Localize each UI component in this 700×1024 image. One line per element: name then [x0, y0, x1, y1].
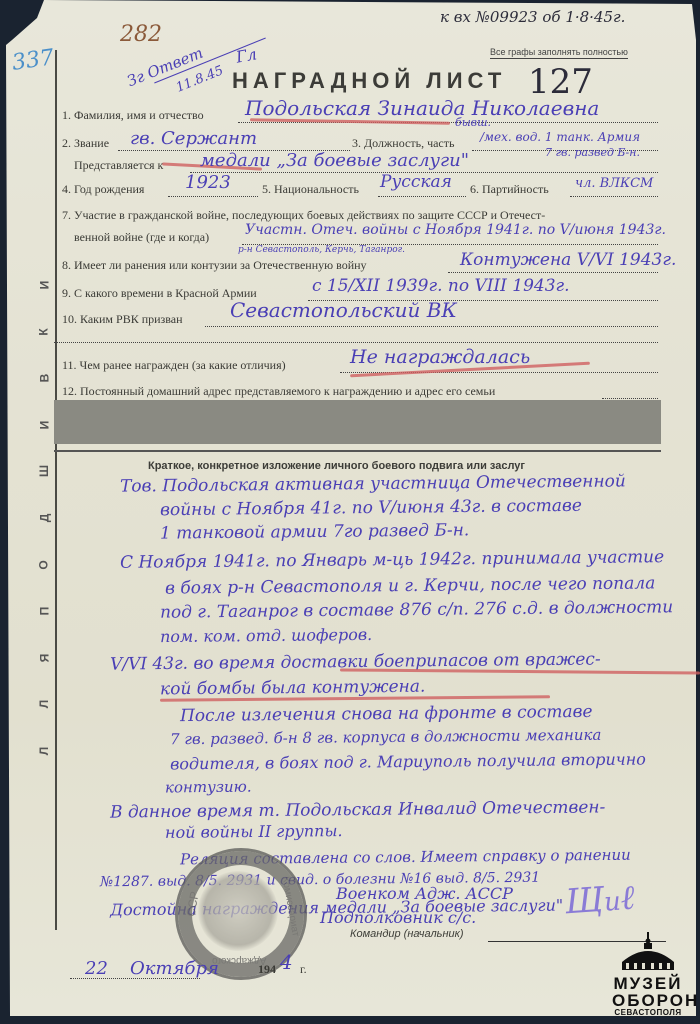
- margin-letter: Л: [37, 747, 51, 755]
- field-label-participation: 7. Участие в гражданской войне, последую…: [62, 208, 545, 223]
- field-value-participation-places: р-н Севастополь, Керчь, Таганрог.: [238, 245, 405, 255]
- field-value-birth-year: 1923: [185, 172, 231, 193]
- section-divider: [54, 450, 661, 452]
- margin-line: [55, 50, 57, 930]
- field-label-address: 12. Постоянный домашний адрес представля…: [62, 384, 495, 399]
- margin-letter: И: [37, 281, 51, 290]
- stamp-text-right: Комиссариат: [280, 876, 301, 937]
- field-label-party: 6. Партийность: [470, 182, 549, 197]
- date-month: Октября: [130, 958, 219, 979]
- field-label-previous-awards: 11. Чем ранее награжден (за какие отличи…: [62, 358, 286, 373]
- field-value-wounds: Контужена V/VI 1943г.: [460, 250, 676, 270]
- field-label-name: 1. Фамилия, имя и отчество: [62, 108, 204, 123]
- margin-letter: Ш: [37, 465, 51, 477]
- feat-line: пом. ком. отд. шоферов.: [160, 625, 372, 646]
- redacted-address: [54, 400, 661, 444]
- date-year-suffix: 4: [280, 950, 293, 974]
- logo-line-3: СЕВАСТОПОЛЯ: [612, 1009, 684, 1017]
- field-label-wounds: 8. Имеет ли ранения или контузии за Отеч…: [62, 258, 367, 273]
- field-value-participation: Участн. Отеч. войны с Ноября 1941г. по V…: [245, 222, 666, 238]
- field-label-nationality: 5. Национальность: [262, 182, 359, 197]
- handwritten-signature: Щиℓ: [564, 878, 636, 923]
- field-label-service-since: 9. С какого времени в Красной Армии: [62, 286, 257, 301]
- dome-icon: [618, 932, 678, 970]
- logo-line-2: ОБОРОНЫ: [612, 992, 684, 1009]
- field-label-presented: Представляется к: [74, 158, 163, 173]
- field-value-nationality: Русская: [380, 172, 452, 192]
- field-value-position-prefix: бывш.: [455, 116, 491, 129]
- date-day: 22: [85, 958, 108, 979]
- margin-letter: Д: [37, 514, 51, 523]
- field-value-position: /мех. вод. 1 танк. Армия: [480, 130, 640, 144]
- logo-line-1: МУЗЕЙ: [612, 975, 684, 992]
- stamp-emblem: [198, 871, 278, 951]
- commander-label: Командир (начальник): [350, 928, 464, 940]
- field-value-name: Подольская Зинаида Николаевна: [245, 96, 599, 120]
- margin-letter: И: [37, 420, 51, 429]
- field-label-rank: 2. Звание: [62, 136, 109, 151]
- date-year-prefix: 194: [258, 962, 276, 977]
- date-g: г.: [300, 962, 307, 977]
- fill-all-note: Все графы заполнять полностью: [490, 47, 628, 59]
- signatory-rank: Подполковник с/с.: [320, 908, 476, 927]
- margin-letter: П: [37, 607, 51, 616]
- margin-letter: О: [37, 560, 51, 569]
- museum-logo: МУЗЕЙ ОБОРОНЫ СЕВАСТОПОЛЯ: [612, 932, 684, 1017]
- signatory-title: Военком Адж. АССР: [336, 884, 513, 903]
- feat-line: контузию.: [165, 778, 252, 797]
- field-label-participation-2: венной войне (где и когда): [74, 230, 209, 245]
- incoming-number: к вх №09923 об 1·8·45г.: [440, 8, 625, 26]
- field-label-position: 3. Должность, часть: [352, 136, 454, 151]
- field-value-rank: гв. Сержант: [130, 128, 257, 149]
- feat-heading: Краткое, конкретное изложение личного бо…: [148, 460, 525, 472]
- field-label-draft-office: 10. Каким РВК призван: [62, 312, 183, 327]
- margin-letter: К: [37, 328, 51, 335]
- margin-letter: Я: [37, 653, 51, 662]
- field-value-party: чл. ВЛКСМ: [575, 176, 653, 191]
- field-label-birth-year: 4. Год рождения: [62, 182, 144, 197]
- field-value-service-since: с 15/XII 1939г. по VIII 1943г.: [312, 276, 570, 296]
- field-value-draft-office: Севастопольский ВК: [230, 298, 457, 322]
- margin-letter: Л: [37, 700, 51, 708]
- field-value-unit: 7 гв. развед Б-н.: [545, 146, 640, 159]
- field-value-presented: медали „За боевые заслуги": [200, 150, 469, 171]
- feat-line: 1 танковой армии 7го развед Б-н.: [160, 520, 469, 543]
- field-value-previous-awards: Не награждалась: [350, 346, 530, 368]
- archive-number: 282: [120, 22, 162, 47]
- margin-letter: В: [37, 374, 51, 383]
- feat-line: ной войны II группы.: [165, 821, 343, 842]
- margin-vertical-text: Л Л Я П О Д Ш И В К И: [34, 278, 54, 758]
- page-title: НАГРАДНОЙ ЛИСТ: [232, 68, 506, 94]
